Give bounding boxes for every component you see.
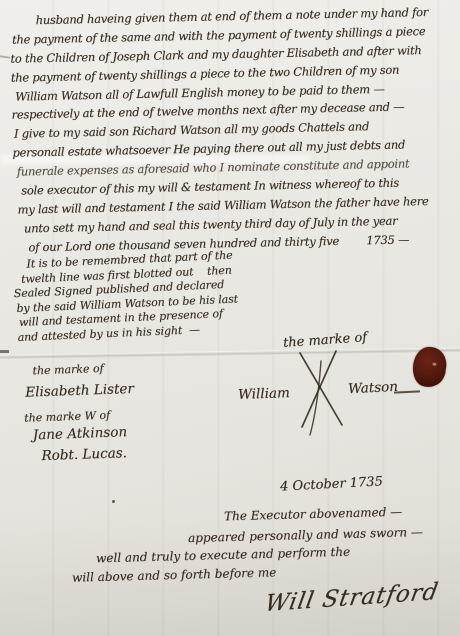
manuscript-page: husband haveing given them at end of the… xyxy=(0,0,460,636)
probate-date: 4 October 1735 xyxy=(280,474,383,494)
witness-line: Jane Atkinson xyxy=(32,422,176,443)
witness-line: the marke of xyxy=(32,359,174,377)
edge-ink-mark xyxy=(0,350,9,353)
witness-signatures: the marke of Elisabeth Lister the marke … xyxy=(24,359,177,464)
will-body-text: husband haveing given them at end of the… xyxy=(9,4,460,259)
ink-spot xyxy=(112,500,115,503)
witness-line: Robt. Lucas. xyxy=(41,443,177,464)
signature-flourish xyxy=(394,390,420,393)
testator-last-name: Watson xyxy=(348,379,399,398)
attestation-clause: It is to be remembred that part of the t… xyxy=(18,246,292,345)
testator-mark-caption: the marke of xyxy=(283,330,368,351)
testator-x-mark-icon xyxy=(290,349,352,437)
witness-line: the marke W of xyxy=(24,406,176,424)
witness-line: Elisabeth Lister xyxy=(25,379,175,400)
edge-ink-mark xyxy=(0,55,10,58)
fold-crease xyxy=(0,347,460,359)
testator-first-name: William xyxy=(238,385,290,403)
